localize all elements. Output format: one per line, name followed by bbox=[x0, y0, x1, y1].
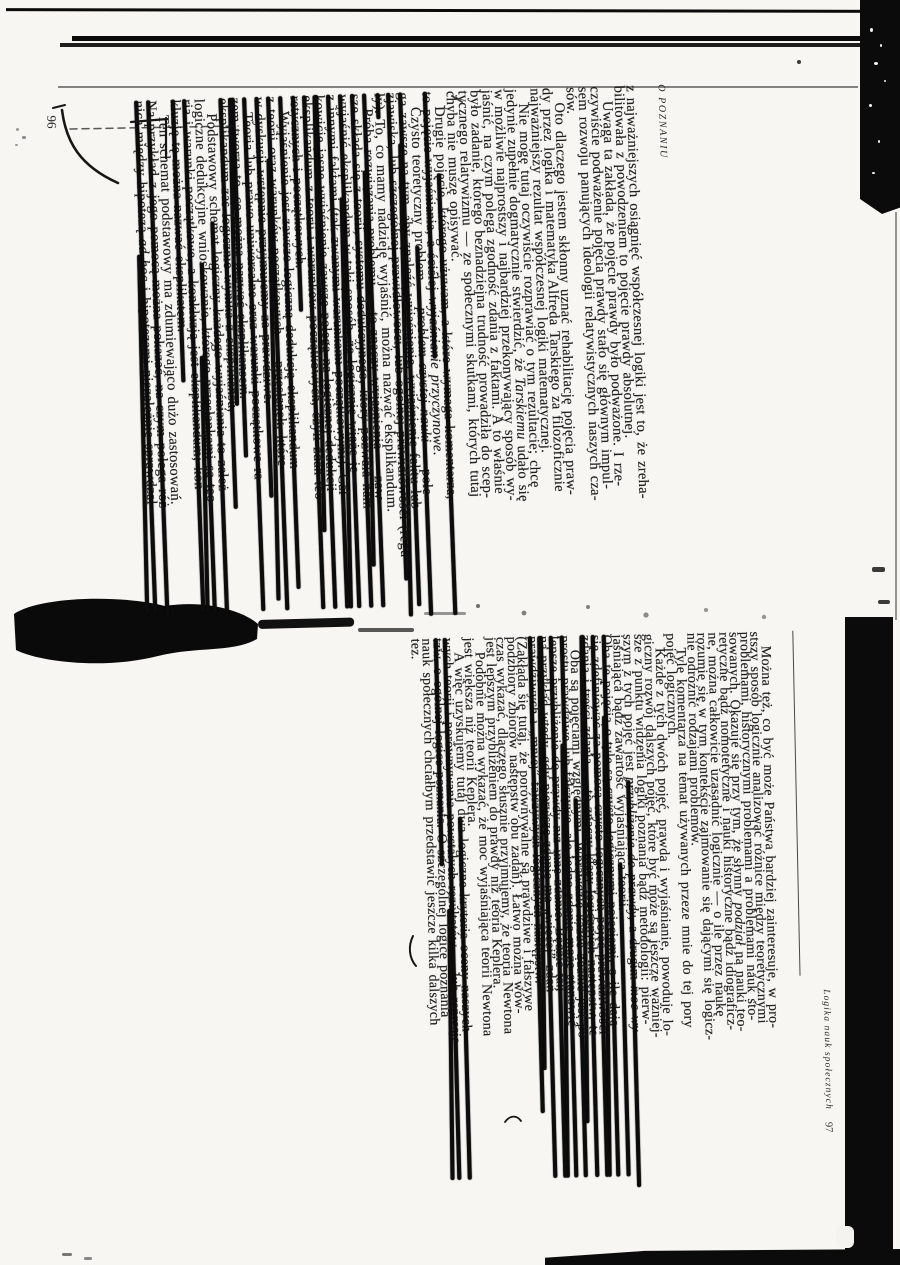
scan-speckle bbox=[880, 44, 882, 47]
scan-mark bbox=[872, 567, 885, 572]
scan-speckle bbox=[874, 62, 878, 65]
page-number-96: 96 bbox=[43, 115, 59, 128]
running-header-right-row: Logika nauk społecznych 97 bbox=[792, 630, 834, 1167]
scan-edge-band-top bbox=[72, 36, 900, 41]
scan-smudge bbox=[15, 144, 18, 146]
scan-smudge bbox=[22, 136, 26, 139]
scan-speckle bbox=[870, 28, 873, 32]
page-number-97: 97 bbox=[823, 1122, 834, 1133]
scan-mark bbox=[878, 600, 890, 604]
page-97-text-block: Można też, co być może Państwa bardziej … bbox=[410, 631, 781, 1180]
header-rule bbox=[792, 631, 800, 976]
scan-smudge bbox=[16, 128, 19, 131]
scan-edge-band-top-2 bbox=[60, 43, 900, 47]
running-header-left: O POZNANIU bbox=[655, 84, 682, 602]
scan-notch bbox=[836, 1226, 854, 1248]
scan-speckle bbox=[872, 172, 875, 174]
scan-edge-line-top bbox=[6, 8, 894, 13]
running-header-right: Logika nauk społecznych bbox=[821, 989, 834, 1110]
scan-smudge bbox=[797, 60, 801, 64]
scan-black-bar-top-right bbox=[860, 0, 900, 214]
book-page-96: O POZNANIU z najważniejszych osiągnięć w… bbox=[42, 70, 686, 621]
scan-smudge bbox=[84, 1257, 92, 1260]
scan-black-bar-bottom bbox=[545, 1249, 900, 1265]
scan-speckle bbox=[884, 80, 886, 82]
page-96-text-block: z najważniejszych osiągnięć współczesnej… bbox=[132, 85, 652, 615]
scan-speckle bbox=[878, 140, 880, 143]
marker-strikethrough bbox=[375, 93, 380, 119]
scan-black-bar-right bbox=[845, 617, 893, 1250]
scan-edge-line-right bbox=[895, 212, 897, 620]
scan-speckle bbox=[869, 104, 872, 107]
book-page-97: Logika nauk społecznych 97 Można też, co… bbox=[217, 616, 841, 1189]
scanned-book-spread: O POZNANIU z najważniejszych osiągnięć w… bbox=[0, 0, 900, 1265]
scan-smudge bbox=[62, 1253, 72, 1256]
